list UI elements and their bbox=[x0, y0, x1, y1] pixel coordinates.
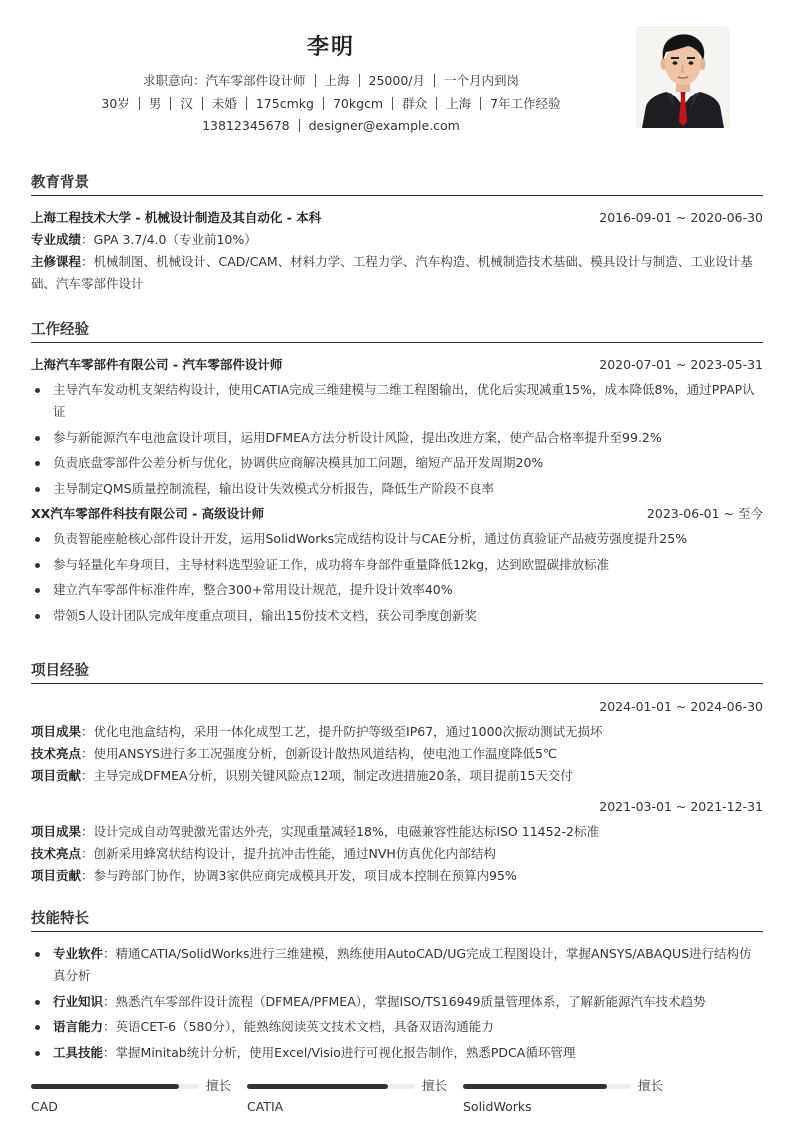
project-row-label: 项目贡献 bbox=[31, 768, 81, 783]
skill-item: 工具技能：掌握Minitab统计分析，使用Excel/Visio进行可视化报告制… bbox=[31, 1042, 763, 1064]
job-dates: 2023-06-01 ~ 至今 bbox=[647, 503, 763, 525]
skill-item: 语言能力：英语CET-6（580分），能熟练阅读英文技术文档，具备双语沟通能力 bbox=[31, 1016, 763, 1038]
skill-value: 英语CET-6（580分），能熟练阅读英文技术文档，具备双语沟通能力 bbox=[116, 1019, 494, 1034]
section-title-work: 工作经验 bbox=[31, 319, 763, 343]
project-entry: 2021-03-01 ~ 2021-12-31 项目成果：设计完成自动驾驶激光雷… bbox=[31, 796, 763, 887]
project-row-value: 设计完成自动驾驶激光雷达外壳，实现重量减轻18%，电磁兼容性能达标ISO 114… bbox=[94, 824, 599, 839]
job-bullet: 主导制定QMS质量控制流程，输出设计失效模式分析报告，降低生产阶段不良率 bbox=[31, 478, 763, 500]
skill-name: CATIA bbox=[247, 1099, 283, 1114]
contact-line: 13812345678designer@example.com bbox=[0, 118, 662, 133]
divider bbox=[315, 74, 316, 87]
skill-bar-fill bbox=[463, 1084, 607, 1089]
skill-item: 行业知识：熟悉汽车零部件设计流程（DFMEA/PFMEA），掌握ISO/TS16… bbox=[31, 991, 763, 1013]
skill-bar-cad: 擅长 CAD bbox=[31, 1079, 241, 1119]
work-section: 工作经验 上海汽车零部件有限公司 - 汽车零部件设计师 2020-07-01 ~… bbox=[31, 319, 763, 630]
age: 30岁 bbox=[101, 96, 129, 111]
job-bullet: 建立汽车零部件标准件库，整合300+常用设计规范，提升设计效率40% bbox=[31, 579, 763, 601]
job-bullet: 负责底盘零部件公差分析与优化，协调供应商解决模具加工问题，缩短产品开发周期20% bbox=[31, 452, 763, 474]
skill-bar-fill bbox=[31, 1084, 179, 1089]
project-row: 项目贡献：主导完成DFMEA分析，识别关键风险点12项，制定改进措施20条，项目… bbox=[31, 765, 763, 787]
project-row-value: 创新采用蜂窝状结构设计，提升抗冲击性能，通过NVH仿真优化内部结构 bbox=[94, 846, 496, 861]
project-header: 2024-01-01 ~ 2024-06-30 bbox=[31, 696, 763, 718]
education-section: 教育背景 上海工程技术大学 - 机械设计制造及其自动化 - 本科 2016-09… bbox=[31, 172, 763, 295]
project-row: 项目成果：优化电池盒结构，采用一体化成型工艺，提升防护等级至IP67，通过100… bbox=[31, 721, 763, 743]
skill-bar-catia: 擅长 CATIA bbox=[247, 1079, 457, 1119]
project-row: 技术亮点：创新采用蜂窝状结构设计，提升抗冲击性能，通过NVH仿真优化内部结构 bbox=[31, 843, 763, 865]
skill-bar-fill bbox=[247, 1084, 388, 1089]
project-row-label: 项目贡献 bbox=[31, 868, 81, 883]
project-row-value: 优化电池盒结构，采用一体化成型工艺，提升防护等级至IP67，通过1000次振动测… bbox=[94, 724, 603, 739]
school-major-degree: 上海工程技术大学 - 机械设计制造及其自动化 - 本科 bbox=[31, 207, 321, 229]
skill-item: 专业软件：精通CATIA/SolidWorks进行三维建模，熟练使用AutoCA… bbox=[31, 943, 763, 987]
divider bbox=[434, 74, 435, 87]
expected-salary: 25000/月 bbox=[369, 73, 425, 88]
education-entry-header: 上海工程技术大学 - 机械设计制造及其自动化 - 本科 2016-09-01 ~… bbox=[31, 207, 763, 229]
project-dates: 2021-03-01 ~ 2021-12-31 bbox=[599, 796, 763, 818]
projects-section: 项目经验 2024-01-01 ~ 2024-06-30 项目成果：优化电池盒结… bbox=[31, 660, 763, 887]
political-status: 群众 bbox=[402, 96, 427, 111]
skill-level: 擅长 bbox=[638, 1076, 663, 1094]
divider bbox=[392, 97, 393, 110]
section-title-projects: 项目经验 bbox=[31, 660, 763, 684]
location: 上海 bbox=[446, 96, 471, 111]
gpa-label: 专业成绩 bbox=[31, 232, 81, 247]
job-bullet: 负责智能座舱核心部件设计开发，运用SolidWorks完成结构设计与CAE分析，… bbox=[31, 528, 763, 550]
divider bbox=[139, 97, 140, 110]
divider bbox=[246, 97, 247, 110]
section-title-education: 教育背景 bbox=[31, 172, 763, 196]
job-bullet: 带领5人设计团队完成年度重点项目，输出15份技术文档，获公司季度创新奖 bbox=[31, 605, 763, 627]
skill-level: 擅长 bbox=[422, 1076, 447, 1094]
job-header: XX汽车零部件科技有限公司 - 高级设计师 2023-06-01 ~ 至今 bbox=[31, 503, 763, 525]
skill-level: 擅长 bbox=[206, 1076, 231, 1094]
availability: 一个月内到岗 bbox=[444, 73, 519, 88]
skill-label: 专业软件 bbox=[53, 946, 103, 961]
skill-bar-track bbox=[463, 1084, 631, 1089]
project-row-label: 技术亮点 bbox=[31, 846, 81, 861]
skill-value: 熟悉汽车零部件设计流程（DFMEA/PFMEA），掌握ISO/TS16949质量… bbox=[116, 994, 706, 1009]
project-row-label: 技术亮点 bbox=[31, 746, 81, 761]
project-row-value: 参与跨部门协作，协调3家供应商完成模具开发，项目成本控制在预算内95% bbox=[94, 868, 517, 883]
project-row: 项目成果：设计完成自动驾驶激光雷达外壳，实现重量减轻18%，电磁兼容性能达标IS… bbox=[31, 821, 763, 843]
job-intent: 求职意向：汽车零部件设计师 bbox=[143, 73, 306, 88]
divider bbox=[202, 97, 203, 110]
project-row-value: 使用ANSYS进行多工况强度分析，创新设计散热风道结构，使电池工作温度降低5℃ bbox=[94, 746, 557, 761]
candidate-name: 李明 bbox=[0, 30, 662, 61]
job-intent-line: 求职意向：汽车零部件设计师上海25000/月一个月内到岗 bbox=[0, 71, 662, 89]
courses-value: 机械制图、机械设计、CAD/CAM、材料力学、工程力学、汽车构造、机械制造技术基… bbox=[31, 254, 753, 291]
marital-status: 未婚 bbox=[212, 96, 237, 111]
skill-value: 掌握Minitab统计分析，使用Excel/Visio进行可视化报告制作，熟悉P… bbox=[116, 1045, 576, 1060]
project-row-label: 项目成果 bbox=[31, 824, 81, 839]
job-dates: 2020-07-01 ~ 2023-05-31 bbox=[599, 354, 763, 376]
avatar-illustration-icon bbox=[636, 26, 730, 128]
divider bbox=[323, 97, 324, 110]
experience-years: 7年工作经验 bbox=[490, 96, 560, 111]
courses-row: 主修课程：机械制图、机械设计、CAD/CAM、材料力学、工程力学、汽车构造、机械… bbox=[31, 251, 763, 295]
divider bbox=[436, 97, 437, 110]
divider bbox=[299, 119, 300, 132]
skill-name: CAD bbox=[31, 1099, 58, 1114]
section-title-skills: 技能特长 bbox=[31, 908, 763, 932]
ethnicity: 汉 bbox=[180, 96, 193, 111]
job-entry: XX汽车零部件科技有限公司 - 高级设计师 2023-06-01 ~ 至今 负责… bbox=[31, 503, 763, 627]
skill-bar-track bbox=[31, 1084, 199, 1089]
project-row: 项目贡献：参与跨部门协作，协调3家供应商完成模具开发，项目成本控制在预算内95% bbox=[31, 865, 763, 887]
courses-label: 主修课程 bbox=[31, 254, 81, 269]
company-role: 上海汽车零部件有限公司 - 汽车零部件设计师 bbox=[31, 354, 282, 376]
project-header: 2021-03-01 ~ 2021-12-31 bbox=[31, 796, 763, 818]
skill-bar-track bbox=[247, 1084, 415, 1089]
skills-list: 专业软件：精通CATIA/SolidWorks进行三维建模，熟练使用AutoCA… bbox=[31, 943, 763, 1064]
skill-level-bars: 擅长 CAD 擅长 CATIA 擅长 SolidWorks bbox=[31, 1079, 763, 1119]
job-bullet: 参与轻量化车身项目，主导材料选型验证工作，成功将车身部件重量降低12kg，达到欧… bbox=[31, 554, 763, 576]
project-entry: 2024-01-01 ~ 2024-06-30 项目成果：优化电池盒结构，采用一… bbox=[31, 696, 763, 787]
personal-info-line: 30岁男汉未婚175cmkg70kgcm群众上海7年工作经验 bbox=[0, 94, 662, 112]
height: 175cmkg bbox=[256, 96, 314, 111]
skill-label: 行业知识 bbox=[53, 994, 103, 1009]
job-bullet: 主导汽车发动机支架结构设计，使用CATIA完成三维建模与二维工程图输出，优化后实… bbox=[31, 379, 763, 423]
weight: 70kgcm bbox=[333, 96, 383, 111]
project-row-label: 项目成果 bbox=[31, 724, 81, 739]
avatar-photo bbox=[636, 26, 730, 128]
skill-label: 语言能力 bbox=[53, 1019, 103, 1034]
skill-bar-solidworks: 擅长 SolidWorks bbox=[463, 1079, 673, 1119]
education-dates: 2016-09-01 ~ 2020-06-30 bbox=[599, 207, 763, 229]
job-bullet: 参与新能源汽车电池盒设计项目，运用DFMEA方法分析设计风险，提出改进方案，使产… bbox=[31, 427, 763, 449]
project-row: 技术亮点：使用ANSYS进行多工况强度分析，创新设计散热风道结构，使电池工作温度… bbox=[31, 743, 763, 765]
skill-value: 精通CATIA/SolidWorks进行三维建模，熟练使用AutoCAD/UG完… bbox=[53, 946, 752, 983]
resume-header: 李明 求职意向：汽车零部件设计师上海25000/月一个月内到岗 30岁男汉未婚1… bbox=[0, 0, 794, 160]
skill-name: SolidWorks bbox=[463, 1099, 532, 1114]
skill-label: 工具技能 bbox=[53, 1045, 103, 1060]
divider bbox=[170, 97, 171, 110]
company-role: XX汽车零部件科技有限公司 - 高级设计师 bbox=[31, 503, 264, 525]
gpa-value: GPA 3.7/4.0（专业前10%） bbox=[94, 232, 257, 247]
job-bullets: 主导汽车发动机支架结构设计，使用CATIA完成三维建模与二维工程图输出，优化后实… bbox=[31, 379, 763, 500]
gender: 男 bbox=[149, 96, 162, 111]
divider bbox=[359, 74, 360, 87]
email: designer@example.com bbox=[309, 118, 460, 133]
divider bbox=[480, 97, 481, 110]
project-row-value: 主导完成DFMEA分析，识别关键风险点12项，制定改进措施20条，项目提前15天… bbox=[94, 768, 573, 783]
skills-section: 技能特长 专业软件：精通CATIA/SolidWorks进行三维建模，熟练使用A… bbox=[31, 908, 763, 1067]
gpa-row: 专业成绩：GPA 3.7/4.0（专业前10%） bbox=[31, 229, 763, 251]
job-entry: 上海汽车零部件有限公司 - 汽车零部件设计师 2020-07-01 ~ 2023… bbox=[31, 354, 763, 500]
job-header: 上海汽车零部件有限公司 - 汽车零部件设计师 2020-07-01 ~ 2023… bbox=[31, 354, 763, 376]
phone: 13812345678 bbox=[202, 118, 289, 133]
project-dates: 2024-01-01 ~ 2024-06-30 bbox=[599, 696, 763, 718]
job-bullets: 负责智能座舱核心部件设计开发，运用SolidWorks完成结构设计与CAE分析，… bbox=[31, 528, 763, 627]
intent-city: 上海 bbox=[325, 73, 350, 88]
